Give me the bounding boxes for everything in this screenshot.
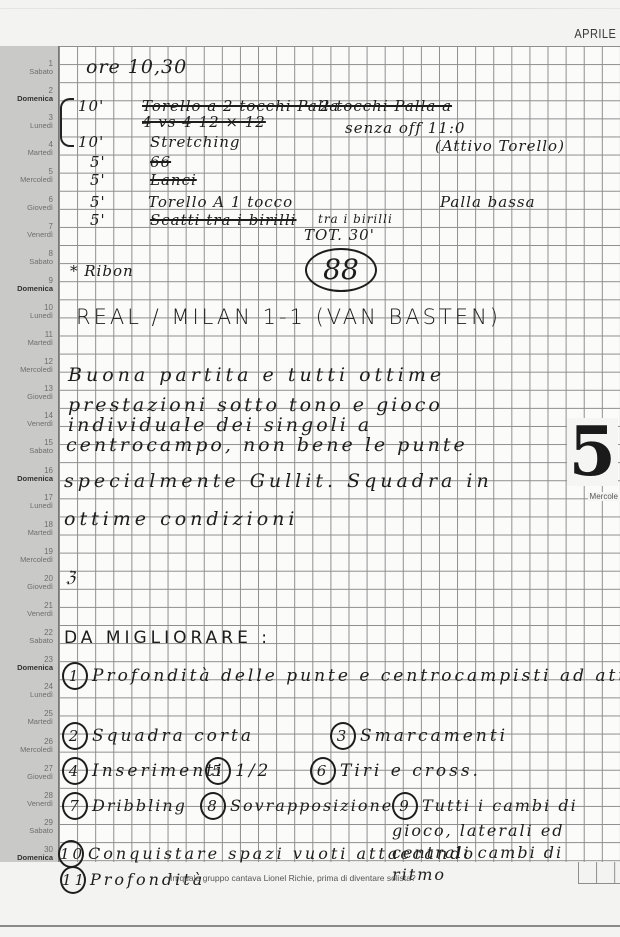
item-text: Sovrapposizione bbox=[230, 796, 393, 815]
note-right-5: tra i birilli bbox=[318, 212, 393, 226]
big-date-weekday: Mercole bbox=[588, 492, 620, 501]
item-number: 10 bbox=[58, 840, 84, 868]
day-weekday: Sabato bbox=[0, 827, 53, 835]
day-weekday: Domenica bbox=[0, 95, 53, 103]
day-entry: 1Sabato bbox=[0, 60, 53, 76]
item-text: 1/2 bbox=[235, 761, 271, 781]
day-entry: 28Venerdì bbox=[0, 792, 53, 808]
day-weekday: Martedì bbox=[0, 718, 53, 726]
day-weekday: Giovedì bbox=[0, 204, 53, 212]
improve-heading: DA MIGLIORARE : bbox=[64, 628, 271, 648]
comment-line-2: prestazioni sotto tono e gioco bbox=[68, 394, 443, 416]
item-text: Conquistare spazi vuoti attaccando bbox=[88, 844, 476, 863]
item-number: 6 bbox=[310, 757, 336, 785]
item-number: 11 bbox=[60, 866, 86, 894]
item-number: 5 bbox=[205, 757, 231, 785]
item-number: 2 bbox=[62, 722, 88, 750]
day-weekday: Sabato bbox=[0, 68, 53, 76]
item-text: Dribbling bbox=[92, 796, 187, 815]
day-weekday: Mercoledì bbox=[0, 366, 53, 374]
day-entry: 20Giovedì bbox=[0, 575, 53, 591]
day-entry: 4Martedì bbox=[0, 141, 53, 157]
printed-trivia-question: In quale gruppo cantava Lionel Richie, p… bbox=[170, 873, 416, 883]
day-entry: 19Mercoledì bbox=[0, 548, 53, 564]
comment-line-5: specialmente Gullit. Squadra in bbox=[64, 470, 493, 492]
warmup-line-3: Stretching bbox=[150, 133, 241, 151]
day-entry: 2Domenica bbox=[0, 87, 53, 103]
warmup-line-2: 4 vs 4 12 × 12 bbox=[142, 113, 266, 131]
day-entry: 21Venerdì bbox=[0, 602, 53, 618]
day-weekday: Giovedì bbox=[0, 393, 53, 401]
item-text: Profondità delle punte e centrocampisti … bbox=[92, 666, 620, 686]
day-entry: 26Mercoledì bbox=[0, 738, 53, 754]
day-weekday: Mercoledì bbox=[0, 556, 53, 564]
comment-line-4: centrocampo, non bene le punte bbox=[66, 434, 468, 456]
day-weekday: Giovedì bbox=[0, 773, 53, 781]
page-top-edge bbox=[0, 8, 620, 9]
warmup-line-5: Lanci bbox=[150, 171, 197, 189]
circled-number: 88 bbox=[305, 248, 377, 292]
day-entry: 14Venerdì bbox=[0, 412, 53, 428]
note-right-3: (Attivo Torello) bbox=[435, 137, 565, 155]
day-entry: 24Lunedì bbox=[0, 683, 53, 699]
warmup-mark-3: 10' bbox=[78, 133, 104, 151]
day-entry: 13Giovedì bbox=[0, 385, 53, 401]
page-bottom-edge bbox=[0, 925, 620, 927]
item-number: 3 bbox=[330, 722, 356, 750]
match-result: REAL / MILAN 1-1 (VAN BASTEN) bbox=[76, 305, 501, 329]
improve-item-6: 6Tiri e cross. bbox=[310, 757, 481, 785]
big-date-number: 5 bbox=[567, 418, 618, 486]
day-weekday: Lunedì bbox=[0, 312, 53, 320]
item-text: Squadra corta bbox=[92, 726, 254, 746]
day-weekday: Domenica bbox=[0, 285, 53, 293]
day-weekday: Martedì bbox=[0, 149, 53, 157]
day-entry: 25Martedì bbox=[0, 710, 53, 726]
day-weekday: Venerdì bbox=[0, 610, 53, 618]
item-number: 9 bbox=[392, 792, 418, 820]
item-number: 4 bbox=[62, 757, 88, 785]
day-weekday: Sabato bbox=[0, 258, 53, 266]
item-text: Tiri e cross. bbox=[340, 761, 481, 781]
day-entry: 10Lunedì bbox=[0, 304, 53, 320]
warmup-mark-7: 5' bbox=[90, 211, 106, 229]
item-text: Smarcamenti bbox=[360, 726, 508, 746]
day-entry: 5Mercoledì bbox=[0, 168, 53, 184]
improve-item-1: 1Profondità delle punte e centrocampisti… bbox=[62, 662, 620, 690]
stray-mark: ℨ bbox=[66, 568, 76, 586]
day-entry: 16Domenica bbox=[0, 467, 53, 483]
day-weekday: Martedì bbox=[0, 529, 53, 537]
day-weekday: Lunedì bbox=[0, 502, 53, 510]
note-right-4: Palla bassa bbox=[440, 193, 536, 211]
improve-item-8: 8Sovrapposizione bbox=[200, 792, 393, 820]
day-weekday: Venerdì bbox=[0, 800, 53, 808]
day-weekday: Martedì bbox=[0, 339, 53, 347]
warmup-line-6: Torello A 1 tocco bbox=[148, 193, 293, 211]
day-entry: 9Domenica bbox=[0, 277, 53, 293]
day-weekday: Domenica bbox=[0, 854, 53, 862]
warmup-mark-5: 5' bbox=[90, 171, 106, 189]
item-number: 7 bbox=[62, 792, 88, 820]
day-weekday: Mercoledì bbox=[0, 746, 53, 754]
improve-item-2: 2Squadra corta bbox=[62, 722, 254, 750]
day-entry: 30Domenica bbox=[0, 846, 53, 862]
day-weekday: Mercoledì bbox=[0, 176, 53, 184]
warmup-mark-1: 10' bbox=[78, 97, 104, 115]
day-entry: 8Sabato bbox=[0, 250, 53, 266]
comment-line-1: Buona partita e tutti ottime bbox=[68, 364, 445, 386]
day-weekday: Domenica bbox=[0, 475, 53, 483]
improve-item-10: 10Conquistare spazi vuoti attaccando bbox=[58, 840, 476, 868]
handwritten-bracket bbox=[60, 98, 74, 147]
day-entry: 11Martedì bbox=[0, 331, 53, 347]
improve-item-7: 7Dribbling bbox=[62, 792, 187, 820]
day-weekday: Lunedì bbox=[0, 122, 53, 130]
day-entry: 23Domenica bbox=[0, 656, 53, 672]
day-entry: 7Venerdì bbox=[0, 223, 53, 239]
item-number: 1 bbox=[62, 662, 88, 690]
day-entry: 22Sabato bbox=[0, 629, 53, 645]
day-entry: 18Martedì bbox=[0, 521, 53, 537]
day-weekday: Lunedì bbox=[0, 691, 53, 699]
improve-item-4: 4Inserimenti bbox=[62, 757, 224, 785]
warmup-mark-4: 5' bbox=[90, 153, 106, 171]
day-entry: 3Lunedì bbox=[0, 114, 53, 130]
day-weekday: Domenica bbox=[0, 664, 53, 672]
note-right-1: 2 tocchi Palla a bbox=[320, 97, 452, 115]
day-entry: 12Mercoledì bbox=[0, 358, 53, 374]
handwritten-time: ore 10,30 bbox=[86, 56, 187, 78]
day-weekday: Venerdì bbox=[0, 231, 53, 239]
day-entry: 6Giovedì bbox=[0, 196, 53, 212]
improve-item-5: 51/2 bbox=[205, 757, 271, 785]
improve-item-3: 3Smarcamenti bbox=[330, 722, 508, 750]
warmup-mark-6: 5' bbox=[90, 193, 106, 211]
day-weekday: Sabato bbox=[0, 637, 53, 645]
warmup-line-7: Scatti tra i birilli bbox=[150, 211, 296, 229]
warmup-line-4: 66 bbox=[150, 153, 171, 171]
note-right-2: senza off 11:0 bbox=[345, 119, 465, 137]
day-entry: 29Sabato bbox=[0, 819, 53, 835]
note-right-6: TOT. 30' bbox=[304, 226, 375, 244]
comment-line-6: ottime condizioni bbox=[64, 508, 298, 530]
day-entry: 15Sabato bbox=[0, 439, 53, 455]
comment-line-3: individuale dei singoli a bbox=[68, 414, 372, 436]
item-number: 8 bbox=[200, 792, 226, 820]
day-weekday: Giovedì bbox=[0, 583, 53, 591]
ribbon-note: * Ribon bbox=[70, 262, 134, 280]
day-weekday: Venerdì bbox=[0, 420, 53, 428]
day-weekday: Sabato bbox=[0, 447, 53, 455]
day-entry: 17Lunedì bbox=[0, 494, 53, 510]
day-entry: 27Giovedì bbox=[0, 765, 53, 781]
improve-item-9: 9Tutti i cambi di gioco, laterali ed cen… bbox=[392, 792, 620, 886]
month-label: APRILE bbox=[574, 26, 616, 41]
day-sidebar: 1Sabato2Domenica3Lunedì4Martedì5Mercoled… bbox=[0, 46, 58, 862]
